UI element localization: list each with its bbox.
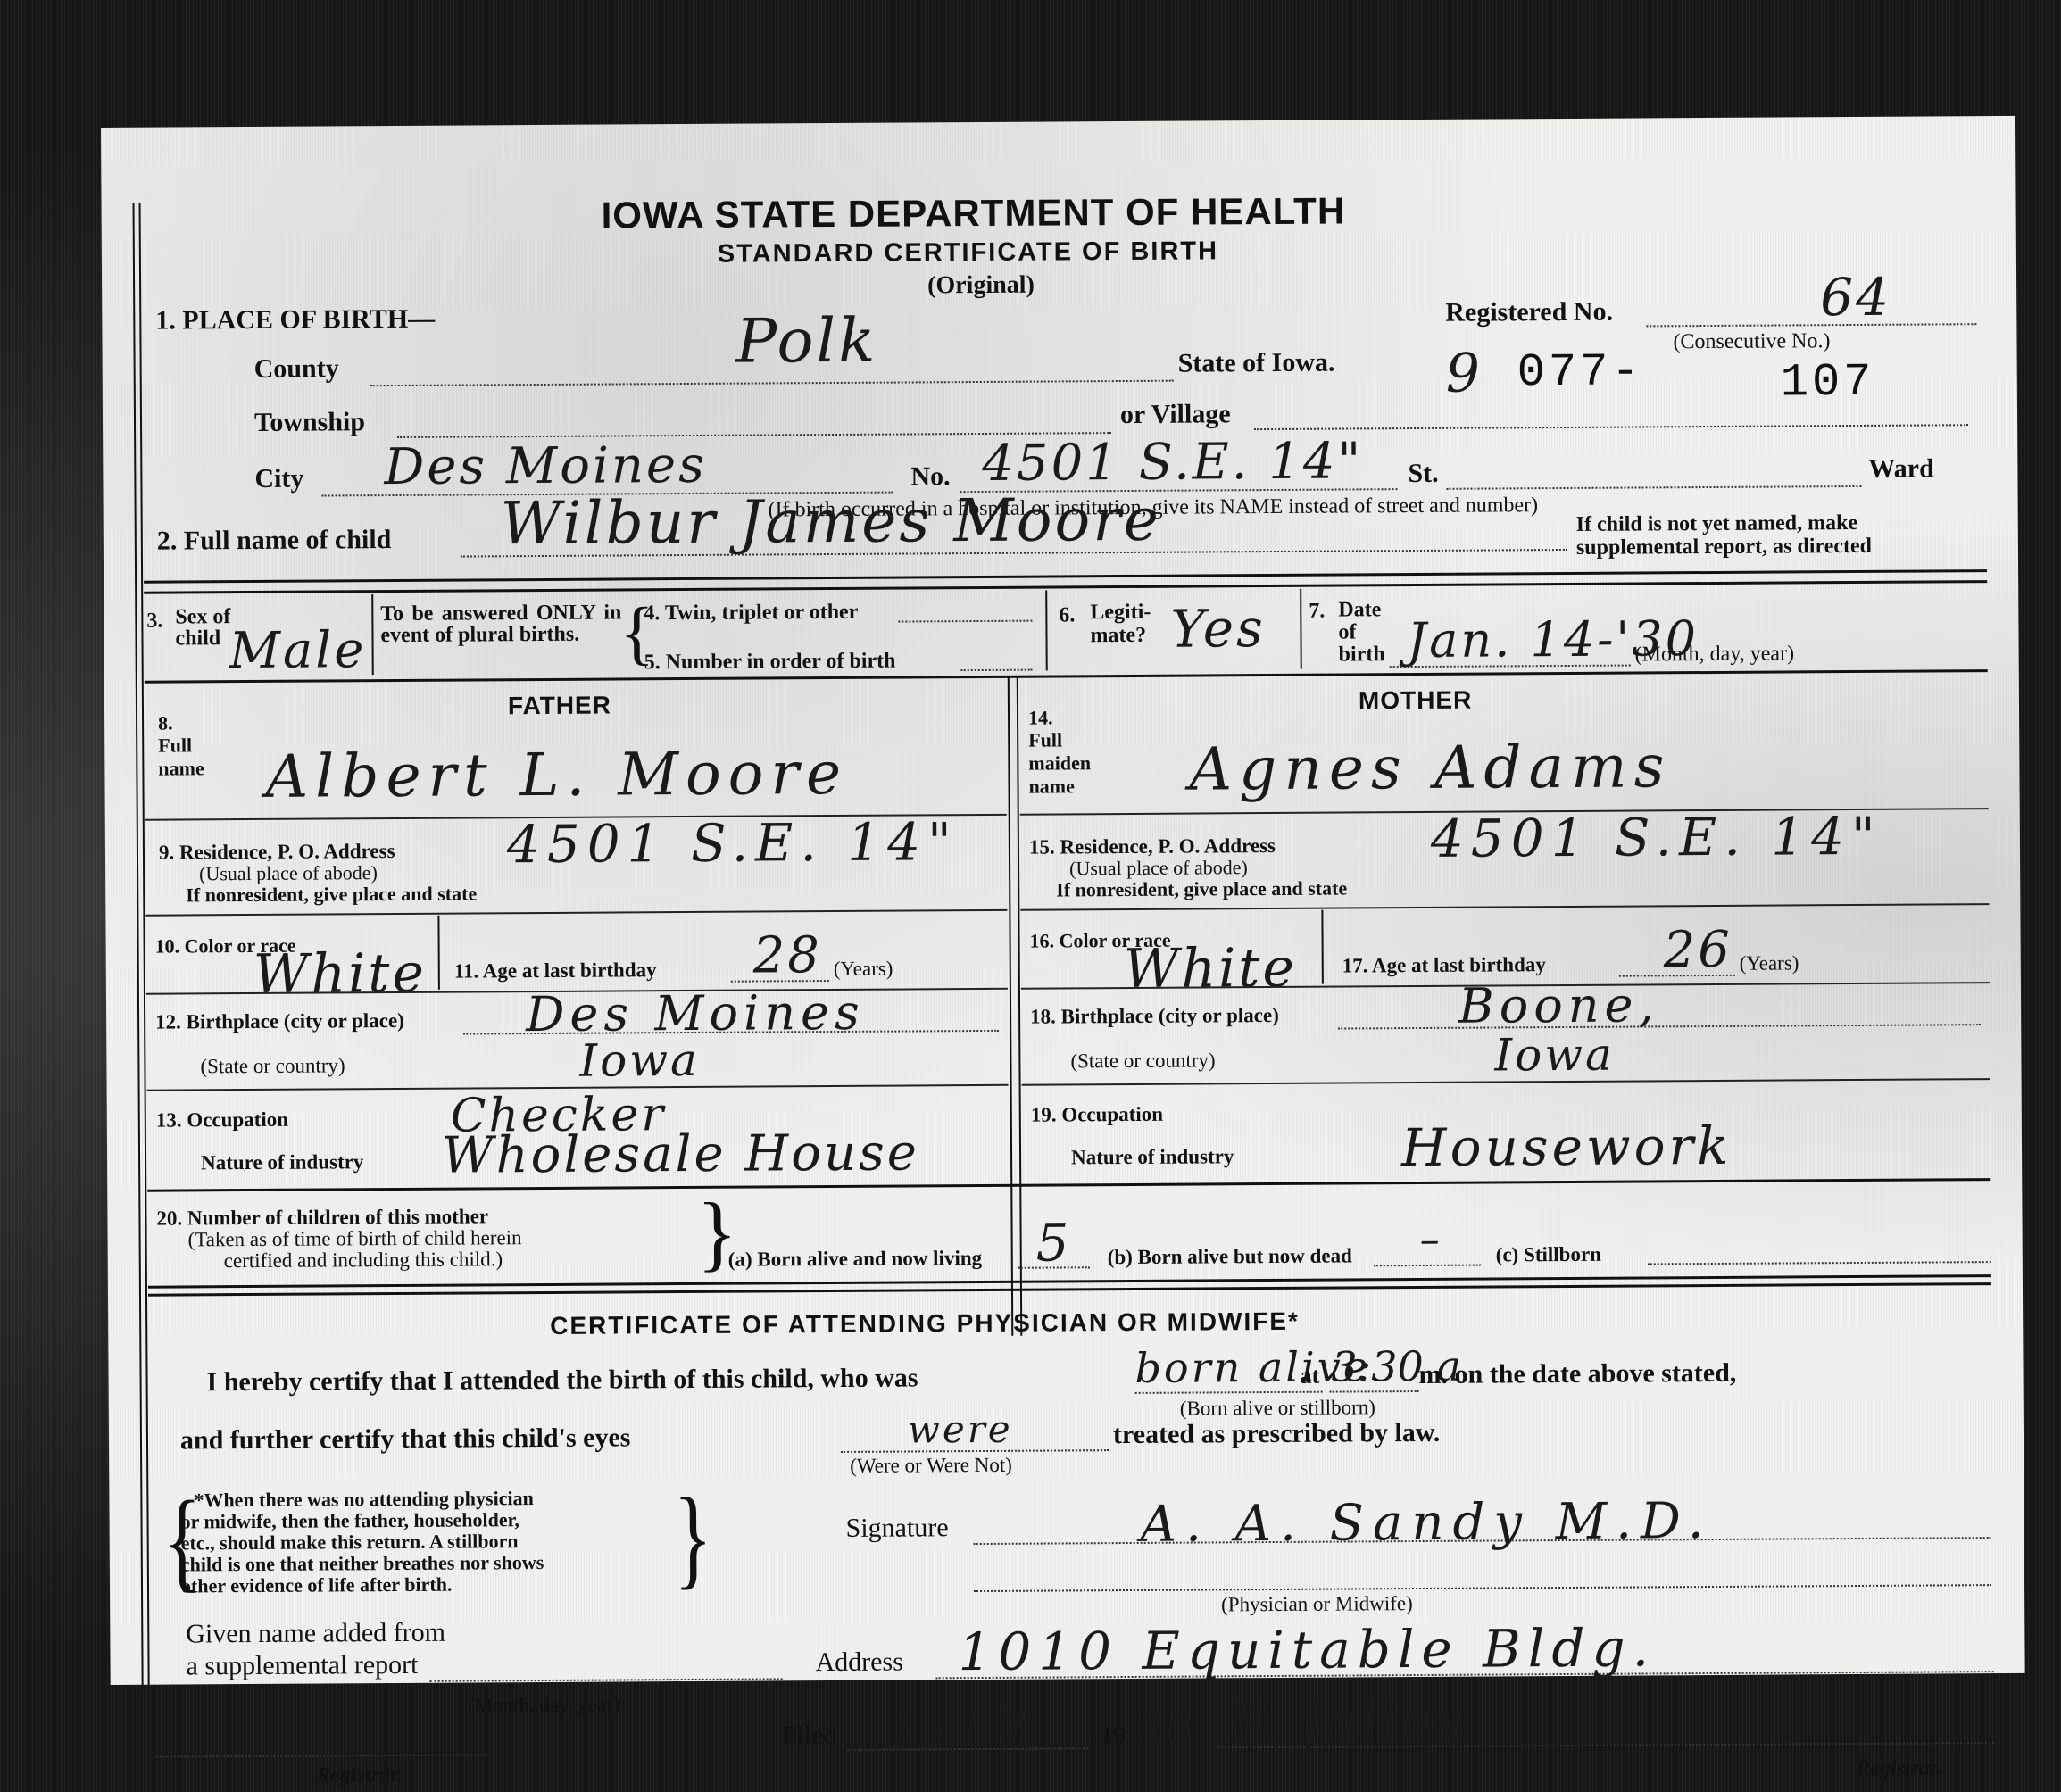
sex-value: Male (229, 621, 366, 680)
consecutive-no-label: (Consecutive No.) (1673, 329, 1830, 354)
given-name-label-2: a supplemental report (186, 1650, 418, 1682)
father-name-value: Albert L. Moore (265, 739, 848, 811)
stillborn-label: (c) Stillborn (1496, 1243, 1601, 1267)
stamp-suffix: 107 (1781, 356, 1875, 410)
mother-heading: MOTHER (1359, 686, 1473, 716)
double-rule-bottom (144, 580, 1987, 594)
father-industry-label: Nature of industry (201, 1150, 363, 1174)
signature-label: Signature (846, 1513, 949, 1544)
father-heading: FATHER (508, 692, 611, 721)
street-number-value: 4501 S.E. 14" (982, 432, 1363, 493)
father-residence-sub2: If nonresident, give place and state (186, 882, 477, 907)
father-age-value: 28 (752, 926, 822, 984)
dob-number: 7. (1309, 600, 1325, 624)
supplemental-date-hint: (Month, day, year) (468, 1693, 620, 1717)
father-age-label: 11. Age at last birthday (454, 958, 657, 983)
stamp-number: 077- (1517, 345, 1643, 399)
signature-line-2 (974, 1584, 1991, 1592)
dead-line (1374, 1265, 1481, 1267)
county-label: County (254, 353, 339, 385)
street-line (1446, 485, 1861, 490)
city-value: Des Moines (384, 436, 707, 496)
child-name-value: Wilbur James Moore (500, 485, 1161, 559)
at-label: at (1300, 1363, 1319, 1390)
father-name-label: Full name (158, 734, 220, 780)
physician-heading: CERTIFICATE OF ATTENDING PHYSICIAN OR MI… (550, 1307, 1300, 1340)
stillborn-line (1648, 1261, 1991, 1265)
father-age-unit: (Years) (834, 958, 893, 981)
eyes-hint: (Were or Were Not) (850, 1454, 1012, 1478)
village-label: or Village (1120, 399, 1231, 430)
father-residence-sub1: (Usual place of abode) (199, 861, 378, 885)
parents-divider-left (1008, 677, 1014, 1336)
dob-format-hint: (Month, day, year) (1635, 642, 1795, 667)
living-label: (a) Born alive and now living (728, 1247, 983, 1272)
row3-bottom-rule (145, 669, 1988, 684)
county-line (370, 380, 1174, 386)
mother-industry-value: Housework (1401, 1116, 1733, 1178)
order-of-birth-label: 5. Number in order of birth (644, 650, 896, 676)
mother-residence-sub1: (Usual place of abode) (1069, 856, 1248, 880)
certify-line-1b: m. on the date above stated, (1418, 1358, 1736, 1390)
dead-label: (b) Born alive but now dead (1108, 1244, 1352, 1269)
father-state-value: Iowa (579, 1034, 700, 1087)
signature-value: A. A. Sandy M.D. (1140, 1492, 1712, 1554)
legit-number: 6. (1059, 603, 1075, 627)
mother-residence-rule (1020, 903, 1989, 911)
father-residence-rule (145, 909, 1007, 917)
sex-number: 3. (146, 610, 162, 634)
mother-name-number: 14. (1028, 706, 1053, 729)
occupation-bottom-rule (147, 1178, 1990, 1192)
mother-age-value: 26 (1663, 921, 1733, 979)
father-industry-value: Wholesale House (442, 1124, 919, 1184)
registered-no-line (1646, 323, 1976, 327)
legitimate-value: Yes (1170, 598, 1266, 660)
mother-occupation-label: 19. Occupation (1031, 1103, 1163, 1127)
birth-certificate: IOWA STATE DEPARTMENT OF HEALTH STANDARD… (101, 116, 2025, 1685)
document-title: IOWA STATE DEPARTMENT OF HEALTH (601, 189, 1345, 236)
filed-label: Filed (782, 1721, 837, 1751)
filed-year-value: 30 (1137, 1705, 1195, 1754)
mother-residence-sub2: If nonresident, give place and state (1056, 876, 1347, 901)
place-of-birth-label: 1. PLACE OF BIRTH— (155, 304, 435, 336)
plural-births-note: To be answered ONLY in event of plural b… (380, 601, 621, 646)
filed-year-prefix: , 19 (1088, 1721, 1126, 1750)
registered-no-value: 64 (1820, 267, 1891, 328)
street-label: St. (1408, 459, 1438, 489)
born-alive-hint: (Born alive or stillborn) (1180, 1396, 1375, 1420)
city-label: City (254, 464, 303, 494)
living-value: 5 (1035, 1212, 1071, 1273)
mother-state-value: Iowa (1494, 1029, 1615, 1082)
registered-no-label: Registered No. (1445, 297, 1613, 328)
order-of-birth-line (961, 669, 1033, 671)
village-line (1254, 424, 1968, 430)
original-label: (Original) (927, 271, 1035, 301)
row3-divider-2 (1045, 591, 1048, 671)
footnote-brace-right-icon: } (673, 1482, 712, 1595)
row3-divider-3 (1300, 589, 1302, 669)
father-color-divider (437, 916, 440, 990)
registrar-label: Registrar. (1856, 1756, 1942, 1781)
mother-birthplace-label: 18. Birthplace (city or place) (1030, 1004, 1279, 1029)
ward-label: Ward (1868, 453, 1934, 484)
signature-hint: (Physician or Midwife) (1221, 1592, 1413, 1616)
mother-state-label: (State or country) (1070, 1049, 1215, 1073)
father-state-label: (State or country) (200, 1054, 345, 1078)
father-name-number: 8. (158, 712, 173, 735)
supplemental-registrar-line (155, 1754, 486, 1757)
not-named-note-2: supplemental report, as directed (1576, 535, 1872, 560)
county-value: Polk (735, 306, 877, 377)
not-named-note-1: If child is not yet named, make (1576, 511, 1858, 537)
address-value: 1010 Equitable Bldg. (958, 1617, 1656, 1682)
twin-line (898, 620, 1032, 623)
mother-age-label: 17. Age at last birthday (1342, 953, 1546, 977)
children-sub2: certified and including this child.) (224, 1248, 503, 1273)
twin-label: 4. Twin, triplet or other (644, 601, 858, 626)
document-subtitle: STANDARD CERTIFICATE OF BIRTH (718, 236, 1218, 269)
footnote-line-4: child is one that neither breathes nor s… (181, 1552, 544, 1575)
mother-age-unit: (Years) (1740, 951, 1799, 975)
township-label: Township (254, 407, 365, 438)
certify-line-1: I hereby certify that I attended the bir… (206, 1363, 918, 1398)
father-color-value: White (253, 942, 428, 1006)
mother-residence-value: 4501 S.E. 14" (1431, 806, 1882, 869)
supplemental-registrar-label: Registrar. (316, 1763, 403, 1788)
given-name-label-1: Given name added from (186, 1618, 445, 1650)
registrar-signature: F. Jalles (1231, 1692, 1465, 1756)
mother-color-divider (1321, 910, 1324, 984)
mother-name-label: Full maiden name (1028, 728, 1109, 799)
father-birthplace-label: 12. Birthplace (city or place) (155, 1009, 404, 1034)
filed-date-value: 1-17 (887, 1702, 1039, 1759)
supplemental-line (430, 1678, 783, 1681)
dob-label: Date of birth (1338, 599, 1392, 666)
child-name-label: 2. Full name of child (157, 525, 392, 557)
father-occupation-label: 13. Occupation (156, 1108, 288, 1132)
stamp-prefix: 9 (1445, 343, 1483, 405)
certify-line-2: and further certify that this child's ey… (180, 1423, 631, 1456)
footnote-line-5: other evidence of life after birth. (181, 1574, 453, 1597)
mother-name-value: Agnes Adams (1189, 732, 1672, 803)
certify-line-2b: treated as prescribed by law. (1113, 1418, 1441, 1450)
mother-birthplace-value: Boone, (1458, 976, 1659, 1033)
mother-industry-label: Nature of industry (1071, 1145, 1234, 1169)
legitimate-label: Legiti-mate? (1090, 601, 1179, 648)
state-of-iowa-label: State of Iowa. (1178, 348, 1335, 379)
row3-divider-1 (371, 594, 374, 675)
dead-value: – (1419, 1217, 1442, 1263)
parents-divider-right (1017, 677, 1023, 1336)
mother-color-value: White (1124, 937, 1298, 1000)
eyes-value: were (908, 1407, 1013, 1452)
father-residence-value: 4501 S.E. 14" (507, 811, 959, 875)
address-label: Address (815, 1647, 903, 1679)
